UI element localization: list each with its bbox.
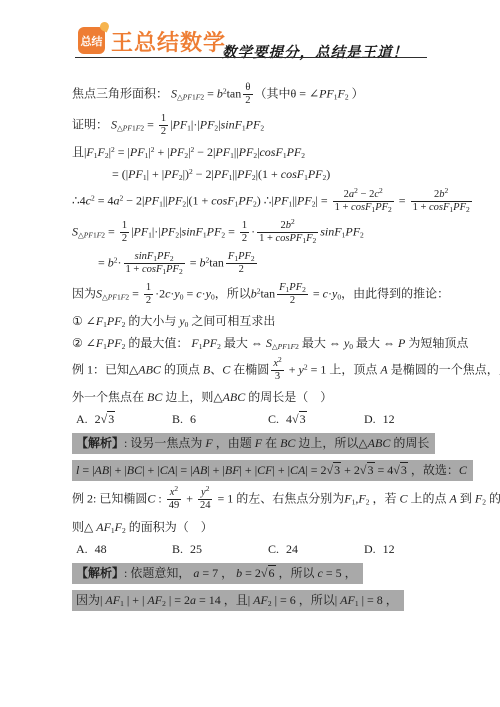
option-c: C.24 (268, 541, 364, 557)
option-label: C. (268, 542, 279, 556)
page: 总结 王总结数学 数学要提分，总结是王道！ 焦点三角形面积： S△PF1F2 =… (0, 0, 500, 707)
option-d: D.12 (364, 541, 460, 557)
example2-options: A.48B.25C.24D.12 (72, 541, 484, 557)
proof-line-1: 证明： S△PF1F2 = 12|PF1|·|PF2|sinF1PF2 (72, 113, 484, 138)
option-label: D. (364, 412, 376, 426)
line-text: 外一个焦点在 BC 边上，则△ABC 的周长是（ ） (72, 389, 332, 405)
option-b: B.25 (172, 541, 268, 557)
option-label: C. (268, 412, 279, 426)
line-text: 因为S△PF1F2 = 12·2c·y0 = c·y0，所以b2tanF1PF2… (72, 282, 449, 307)
example2-text-1: 例 2: 已知椭圆C : x249 + y224 = 1 的左、右焦点分别为F1… (72, 487, 484, 512)
line-text: 例 1：已知△ABC 的顶点 B、C 在椭圆x23 + y2 = 1 上，顶点 … (72, 358, 500, 383)
option-a: A.2√3 (76, 411, 172, 427)
option-label: B. (172, 412, 183, 426)
header-slogan: 数学要提分，总结是王道！ (222, 41, 408, 62)
line-text: 则△ AF1F2 的面积为（ ） (72, 519, 213, 535)
example1-text-2: 外一个焦点在 BC 边上，则△ABC 的周长是（ ） (72, 389, 484, 405)
option-label: D. (364, 542, 376, 556)
header-divider (75, 57, 427, 58)
example2-solution-2: 因为| AF1 | + | AF2 | = 2a = 14 ，且| AF2 | … (72, 590, 484, 611)
example1-solution-2: l = |AB| + |BC| + |CA| = |AB| + |BF| + |… (72, 460, 484, 481)
line-text: S△PF1F2 = 12|PF1|·|PF2|sinF1PF2 = 12·2b2… (72, 220, 364, 245)
corollary-2: ② ∠F1PF2 的最大值： F1PF2 最大 ⇔ S△PF1F2 最大 ⇔ y… (72, 335, 484, 351)
proof-line-2: 且|F1F2|2 = |PF1|2 + |PF2|2 − 2|PF1||PF2|… (72, 144, 484, 160)
option-label: A. (76, 412, 88, 426)
conclusion-line: 因为S△PF1F2 = 12·2c·y0 = c·y0，所以b2tanF1PF2… (72, 282, 484, 307)
option-c: C.4√3 (268, 411, 364, 427)
line-text: = (|PF1| + |PF2|)2 − 2|PF1||PF2|(1 + cos… (112, 166, 330, 182)
line-text: ∴4c2 = 4a2 − 2|PF1||PF2|(1 + cosF1PF2) ∴… (72, 189, 474, 214)
line-text: 证明： S△PF1F2 = 12|PF1|·|PF2|sinF1PF2 (72, 113, 264, 138)
logo-badge: 总结 (78, 27, 105, 54)
logo-leaf-icon (99, 21, 111, 33)
proof-line-6: = b2·sinF1PF21 + cosF1PF2 = b2tanF1PF22 (72, 251, 484, 276)
option-b: B.6 (172, 411, 268, 427)
option-label: B. (172, 542, 183, 556)
line-text: 【解析】: 依题意知， a = 7 ， b = 2√6 ，所以 c = 5 ， (72, 563, 363, 584)
option-a: A.48 (76, 541, 172, 557)
example2-text-2: 则△ AF1F2 的面积为（ ） (72, 519, 484, 535)
line-text: 焦点三角形面积： S△PF1F2 = b2tanθ2（其中θ = ∠PF1F2 … (72, 82, 364, 107)
line-text: = b2·sinF1PF21 + cosF1PF2 = b2tanF1PF22 (98, 251, 259, 276)
corollary-1: ① ∠F1PF2 的大小与 y0 之间可相互求出 (72, 313, 484, 329)
line-text: ② ∠F1PF2 的最大值： F1PF2 最大 ⇔ S△PF1F2 最大 ⇔ y… (72, 335, 468, 351)
example1-options: A.2√3B.6C.4√3D.12 (72, 411, 484, 427)
proof-line-4: ∴4c2 = 4a2 − 2|PF1||PF2|(1 + cosF1PF2) ∴… (72, 189, 484, 214)
example1-solution-1: 【解析】: 设另一焦点为 F ，由题 F 在 BC 边上，所以△ABC 的周长 (72, 433, 484, 454)
line-text: ① ∠F1PF2 的大小与 y0 之间可相互求出 (72, 313, 275, 329)
example2-solution-1: 【解析】: 依题意知， a = 7 ， b = 2√6 ，所以 c = 5 ， (72, 563, 484, 584)
document-body: 焦点三角形面积： S△PF1F2 = b2tanθ2（其中θ = ∠PF1F2 … (72, 82, 484, 617)
line-text: 因为| AF1 | + | AF2 | = 2a = 14 ，且| AF2 | … (72, 590, 404, 611)
logo-badge-text: 总结 (81, 33, 103, 49)
option-label: A. (76, 542, 88, 556)
proof-line-5: S△PF1F2 = 12|PF1|·|PF2|sinF1PF2 = 12·2b2… (72, 220, 484, 245)
line-text: 且|F1F2|2 = |PF1|2 + |PF2|2 − 2|PF1||PF2|… (72, 144, 305, 160)
proof-line-3: = (|PF1| + |PF2|)2 − 2|PF1||PF2|(1 + cos… (72, 166, 484, 182)
brand-title: 王总结数学 (111, 26, 226, 57)
line-text: l = |AB| + |BC| + |CA| = |AB| + |BF| + |… (72, 460, 473, 481)
example1-text-1: 例 1：已知△ABC 的顶点 B、C 在椭圆x23 + y2 = 1 上，顶点 … (72, 358, 484, 383)
focal-area-formula: 焦点三角形面积： S△PF1F2 = b2tanθ2（其中θ = ∠PF1F2 … (72, 82, 484, 107)
line-text: 【解析】: 设另一焦点为 F ，由题 F 在 BC 边上，所以△ABC 的周长 (72, 433, 435, 454)
line-text: 例 2: 已知椭圆C : x249 + y224 = 1 的左、右焦点分别为F1… (72, 487, 500, 512)
option-d: D.12 (364, 411, 460, 427)
